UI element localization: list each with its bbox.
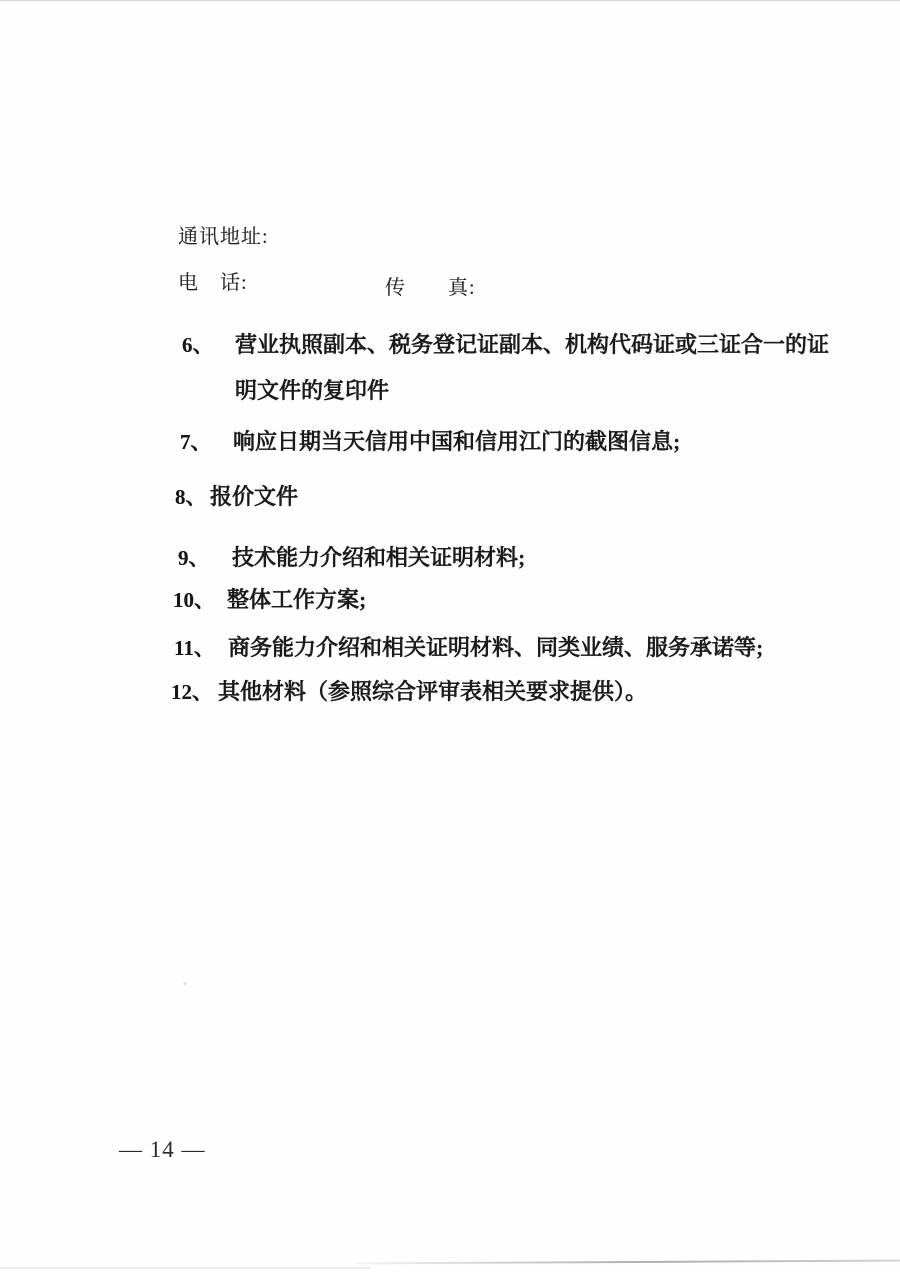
item-text: 营业执照副本、税务登记证副本、机构代码证或三证合一的证 明文件的复印件 (235, 322, 829, 414)
item-text: 整体工作方案; (227, 586, 366, 614)
item-number: 11、 (174, 634, 215, 662)
scan-edge-artifact-bottom-right (355, 1260, 900, 1265)
item-text: 商务能力介绍和相关证明材料、同类业绩、服务承诺等; (228, 634, 763, 662)
contact-fax-label: 传 真: (385, 276, 476, 300)
item-number: 10、 (173, 586, 215, 614)
page-number: — 14 — (119, 1137, 206, 1163)
item-number: 6、 (182, 322, 214, 368)
scanned-document-page: 通讯地址: 电 话: 传 真: 6、 营业执照副本、税务登记证副本、机构代码证或… (0, 0, 900, 1272)
contact-address-label: 通讯地址: (178, 225, 269, 249)
item-text: 其他材料（参照综合评审表相关要求提供）。 (218, 678, 647, 706)
contact-phone-label: 电 话: (178, 271, 248, 295)
scan-edge-artifact-bottom-left (0, 1267, 370, 1269)
item-number: 8、 (175, 483, 207, 511)
scan-speck-artifact (183, 982, 187, 985)
scan-edge-artifact-top (0, 0, 900, 2)
item-number: 9、 (178, 544, 210, 572)
item-number: 12、 (171, 678, 213, 706)
item-number: 7、 (180, 428, 212, 456)
item-text: 技术能力介绍和相关证明材料; (232, 544, 525, 572)
item-text: 响应日期当天信用中国和信用江门的截图信息; (233, 428, 680, 456)
item-text: 报价文件 (210, 483, 298, 511)
